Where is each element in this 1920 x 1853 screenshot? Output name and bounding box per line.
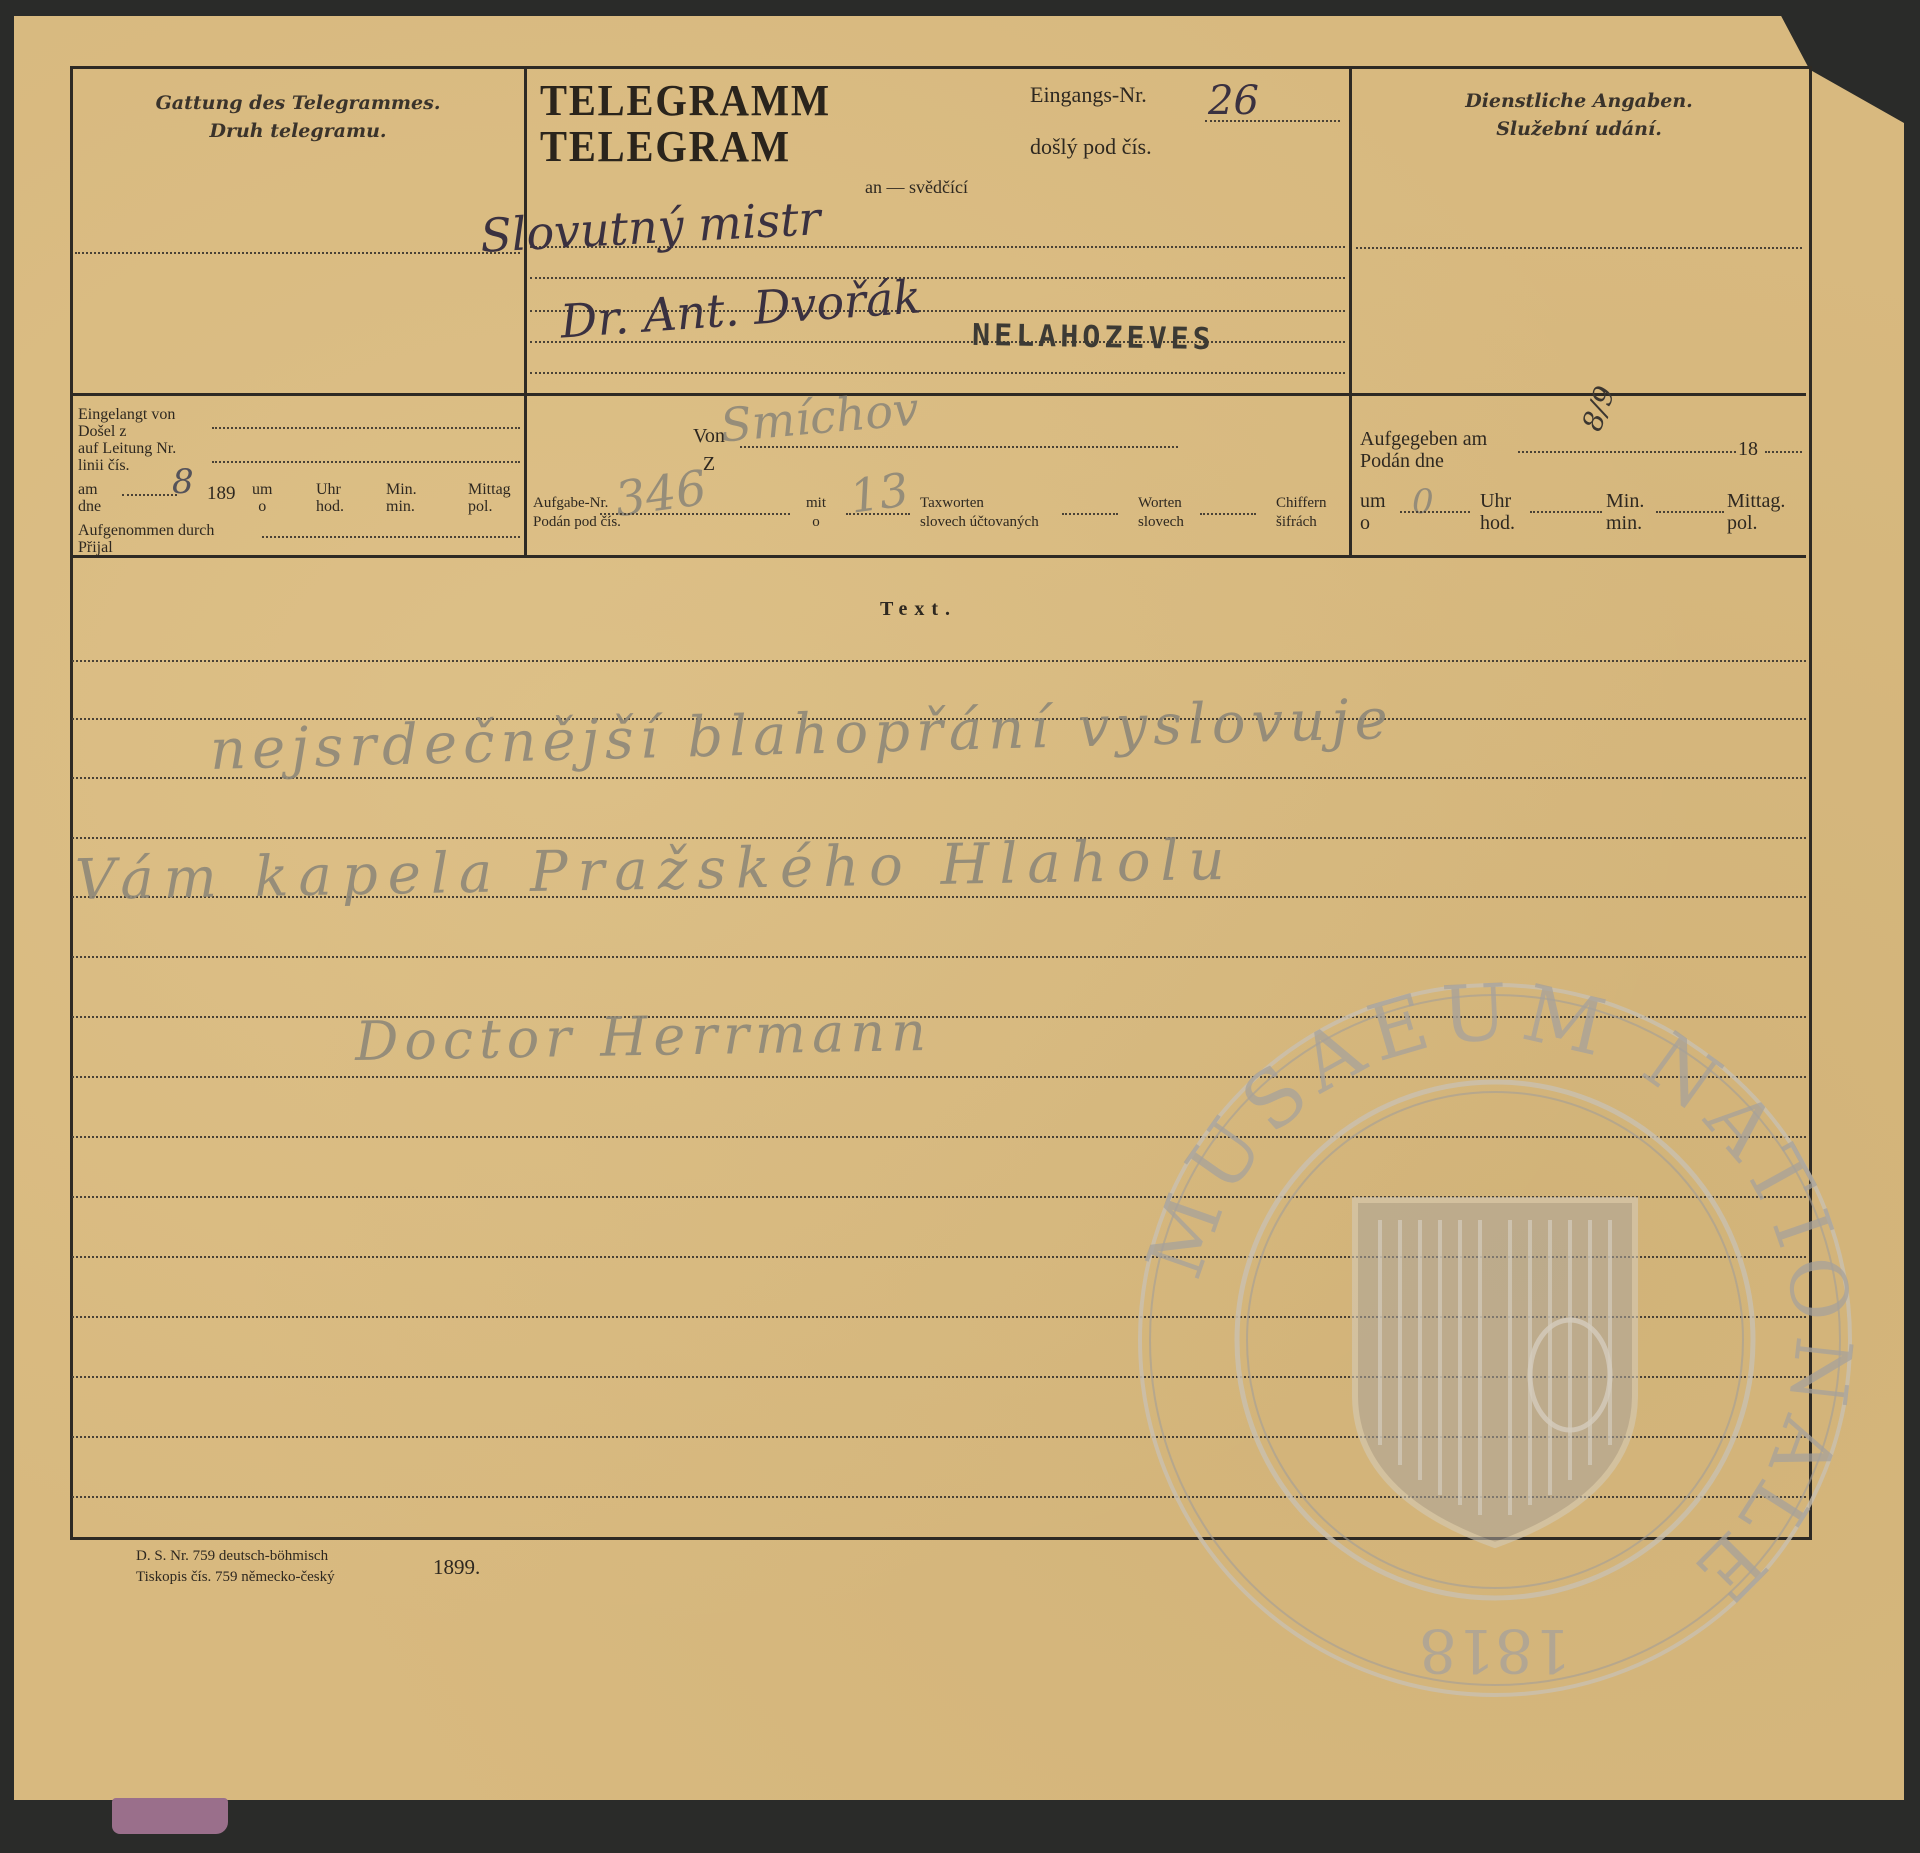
o-label: o <box>252 498 272 515</box>
address-line-2 <box>530 277 1345 279</box>
submitted-date-field[interactable] <box>1518 451 1736 453</box>
divider <box>524 66 527 557</box>
hod-label: hod. <box>316 498 344 515</box>
form-code-de: D. S. Nr. 759 deutsch-böhmisch <box>136 1546 335 1567</box>
title-de: TELEGRAMM <box>540 78 831 124</box>
official-heading-cs: Služební udání. <box>1352 118 1806 140</box>
mittag-label-2: Mittag. <box>1727 490 1785 512</box>
official-field-line[interactable] <box>1356 247 1802 249</box>
line-number-field[interactable] <box>212 461 520 463</box>
submitted-um-label: um o <box>1360 490 1386 534</box>
submitted-year-field[interactable] <box>1765 451 1802 453</box>
taxworten-field[interactable] <box>1062 513 1118 515</box>
taxworten-de: Taxworten <box>920 494 1039 513</box>
form-year: 1899. <box>433 1556 480 1578</box>
origin-field[interactable] <box>740 446 1178 448</box>
submitted-min-field[interactable] <box>1530 511 1602 513</box>
o-label-2: o <box>1360 512 1386 534</box>
received-am-label: am dne <box>78 481 101 515</box>
von-label: Von <box>693 422 725 450</box>
received-from-cs: Došel z <box>78 423 176 440</box>
aufgabe-de: Aufgabe-Nr. <box>533 494 621 513</box>
purple-tape-fragment <box>112 1798 228 1834</box>
form-code-cs: Tiskopis čís. 759 německo-český <box>136 1567 335 1588</box>
submitted-mittag-label: Mittag. pol. <box>1727 490 1785 534</box>
chiffern-cs: šifrách <box>1276 513 1327 532</box>
chiffern-label: Chiffern šifrách <box>1276 494 1327 532</box>
uhr-label-2: Uhr <box>1480 490 1515 512</box>
eingangs-label-de: Eingangs-Nr. <box>1030 84 1147 106</box>
hod-label-2: hod. <box>1480 512 1515 534</box>
submitted-label: Aufgegeben am Podán dne <box>1360 428 1487 472</box>
mittag-label: Mittag <box>468 481 511 498</box>
um-label-2: um <box>1360 490 1386 512</box>
submitted-de: Aufgegeben am <box>1360 428 1487 450</box>
dne-label: dne <box>78 498 101 515</box>
accepted-by-de: Aufgenommen durch <box>78 522 214 539</box>
taxworten-label: Taxworten slovech účtovaných <box>920 494 1039 532</box>
mit-field[interactable] <box>846 513 910 515</box>
text-heading: Text. <box>880 598 957 620</box>
min-label-2: Min. <box>1606 490 1644 512</box>
message-signature: Doctor Herrmann <box>354 1000 932 1073</box>
type-field-line[interactable] <box>75 252 520 254</box>
received-um-label: um o <box>252 481 272 515</box>
eingangs-field-line <box>1205 120 1340 122</box>
submitted-time-handwritten: 0 <box>1412 482 1434 522</box>
min-label-cs-2: min. <box>1606 512 1644 534</box>
submitted-year-prefix: 18 <box>1738 438 1758 460</box>
received-date-handwritten: 8 <box>172 462 194 502</box>
received-uhr-label: Uhr hod. <box>316 481 344 515</box>
official-heading-de: Dienstliche Angaben. <box>1352 90 1806 112</box>
accepted-by-field[interactable] <box>262 536 520 538</box>
title-cs: TELEGRAM <box>540 124 791 170</box>
recipient-stamp: NELAHOZEVES <box>972 318 1215 357</box>
pol-label: pol. <box>468 498 511 515</box>
uhr-label: Uhr <box>316 481 344 498</box>
min-label-cs: min. <box>386 498 417 515</box>
aufgabe-field[interactable] <box>600 513 790 515</box>
type-heading-de: Gattung des Telegrammes. <box>72 92 524 114</box>
o-label-text: o <box>806 513 826 532</box>
received-from-field[interactable] <box>212 427 520 429</box>
submitted-cs: Podán dne <box>1360 450 1487 472</box>
am-label: am <box>78 481 101 498</box>
line-number-de: auf Leitung Nr. <box>78 440 176 457</box>
mit-label-text: mit <box>806 494 826 513</box>
worten-field[interactable] <box>1200 513 1256 515</box>
received-from-de: Eingelangt von <box>78 406 176 423</box>
chiffern-de: Chiffern <box>1276 494 1327 513</box>
min-label: Min. <box>386 481 417 498</box>
address-line-5 <box>530 372 1345 374</box>
um-label: um <box>252 481 272 498</box>
divider <box>72 555 1806 558</box>
submitted-uhr-label: Uhr hod. <box>1480 490 1515 534</box>
accepted-by-label: Aufgenommen durch Přijal <box>78 522 214 556</box>
accepted-by-cs: Přijal <box>78 539 214 556</box>
taxworten-cs: slovech účtovaných <box>920 513 1039 532</box>
received-mittag-label: Mittag pol. <box>468 481 511 515</box>
received-date-field[interactable] <box>122 494 177 496</box>
worten-de: Worten <box>1138 494 1184 513</box>
year-prefix: 189 <box>207 485 236 502</box>
divider <box>72 393 1806 396</box>
message-ruled-lines[interactable] <box>72 660 1806 1530</box>
submitted-min-label: Min. min. <box>1606 490 1644 534</box>
eingangs-label-cs: došlý pod čís. <box>1030 136 1152 158</box>
received-from-label: Eingelangt von Došel z auf Leitung Nr. l… <box>78 406 176 474</box>
type-heading-cs: Druh telegramu. <box>72 120 524 142</box>
submitted-mittag-field[interactable] <box>1656 511 1724 513</box>
form-code: D. S. Nr. 759 deutsch-böhmisch Tiskopis … <box>136 1546 335 1588</box>
submitted-hour-field[interactable] <box>1400 511 1470 513</box>
pol-label-2: pol. <box>1727 512 1785 534</box>
worten-label: Worten slovech <box>1138 494 1184 532</box>
line-number-cs: linii čís. <box>78 457 176 474</box>
an-label: an — svědčící <box>865 176 968 198</box>
worten-cs: slovech <box>1138 513 1184 532</box>
aufgabe-cs: Podán pod čís. <box>533 513 621 532</box>
mit-label: mit o <box>806 494 826 532</box>
received-min-label: Min. min. <box>386 481 417 515</box>
eingangs-number[interactable]: 26 <box>1208 78 1259 124</box>
